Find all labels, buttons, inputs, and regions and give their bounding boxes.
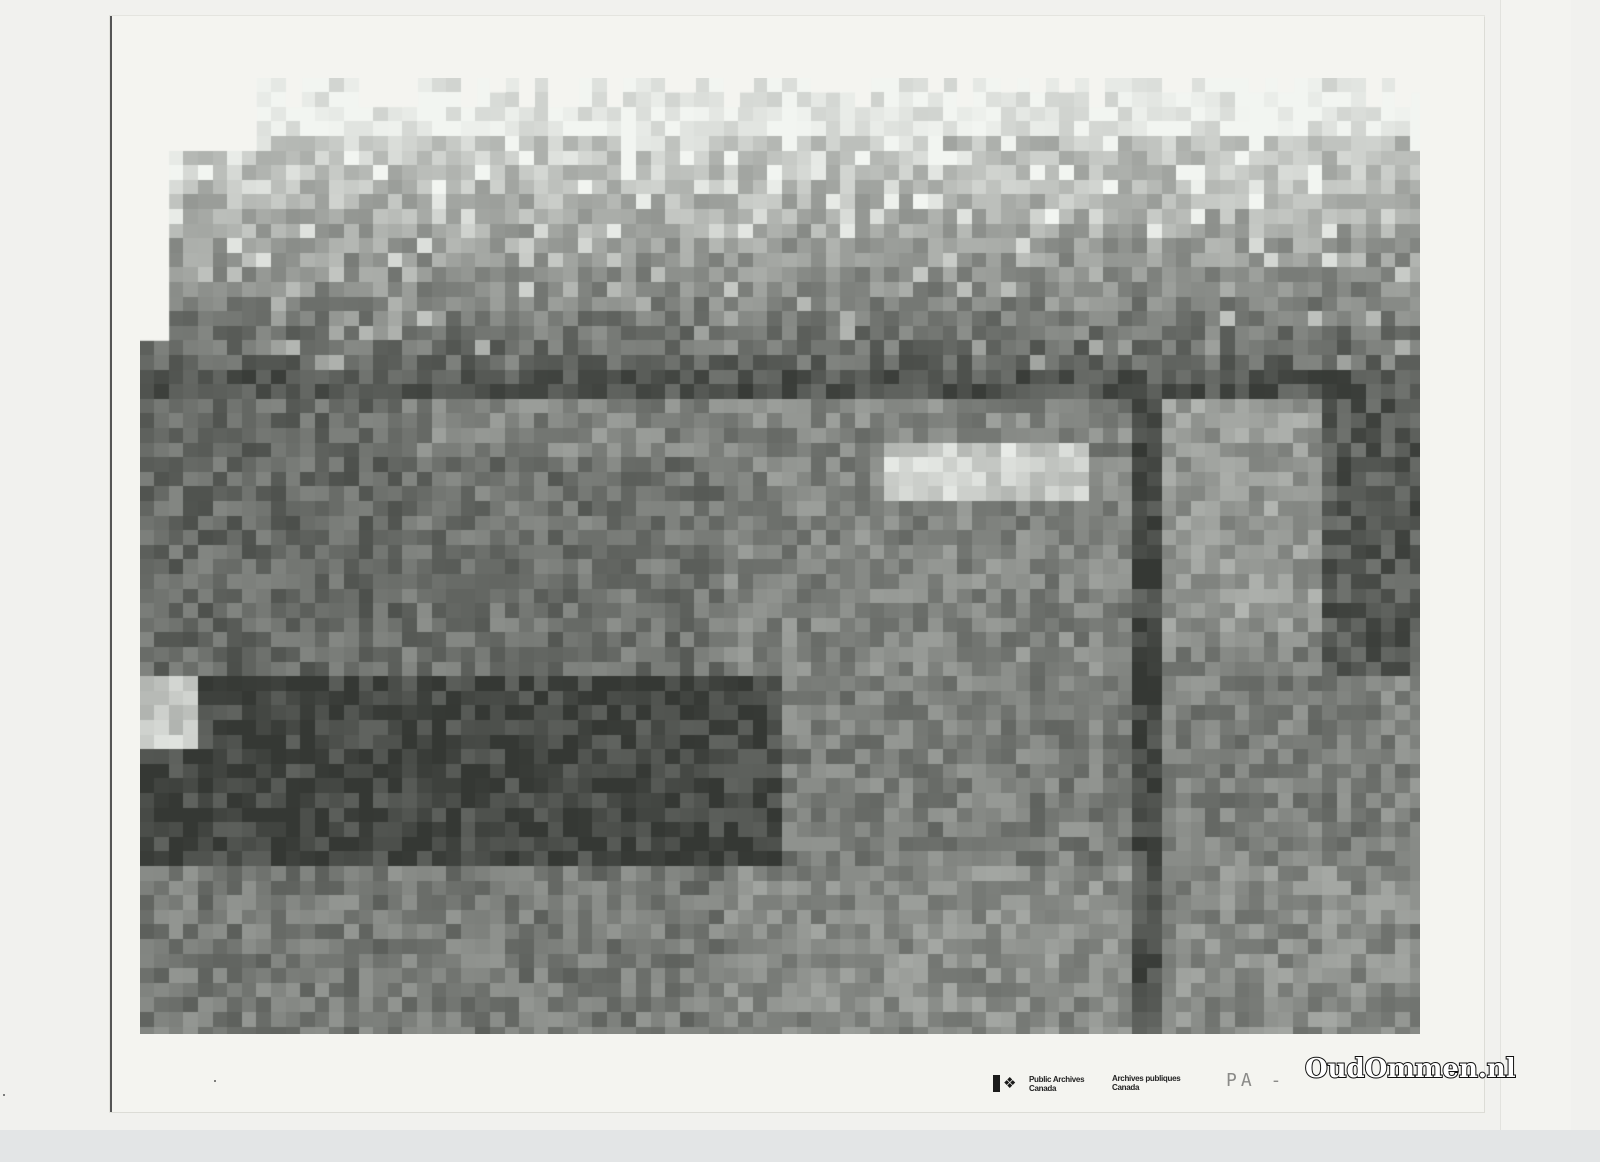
backing-sheet: [1500, 0, 1571, 1130]
archive-english-line-2: Canada: [1029, 1084, 1084, 1093]
pixelated-photograph: [140, 78, 1420, 1034]
canada-flag-icon: [993, 1075, 1000, 1092]
dust-speck: [3, 1094, 5, 1096]
reference-code: PA -: [1226, 1070, 1285, 1091]
mosaic-canvas: [140, 78, 1420, 1034]
scanner-bed-edge: [0, 1130, 1600, 1162]
archive-stamp-french: Archives publiques Canada: [1112, 1074, 1180, 1092]
maple-leaf-icon: ❖: [1003, 1076, 1016, 1091]
watermark: OudOmmen.nl: [1305, 1054, 1516, 1084]
archive-english-line-1: Public Archives: [1029, 1075, 1084, 1084]
archives-logo: ❖: [993, 1075, 1016, 1092]
archive-french-line-2: Canada: [1112, 1083, 1180, 1092]
archive-stamp-english: Public Archives Canada: [1029, 1075, 1084, 1093]
dust-speck: [214, 1080, 216, 1082]
archive-french-line-1: Archives publiques: [1112, 1074, 1180, 1083]
